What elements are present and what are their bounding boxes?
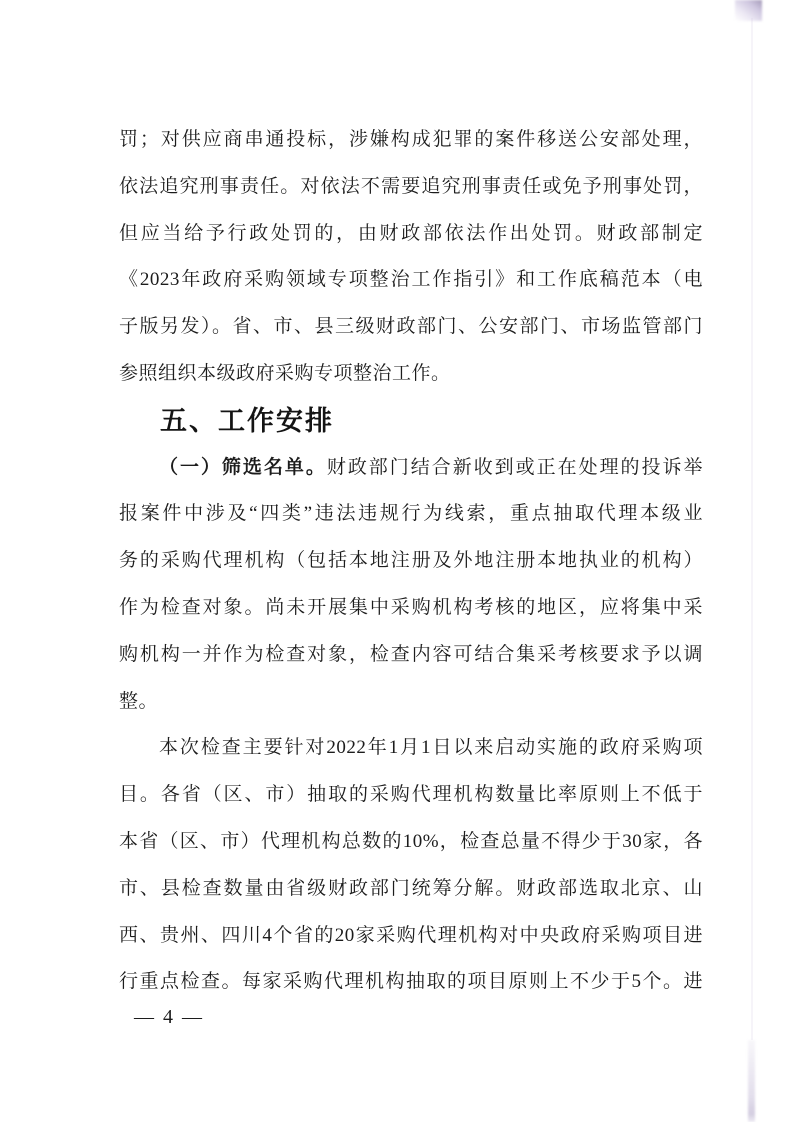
- text-line: 务的采购代理机构（包括本地注册及外地注册本地执业的机构）: [119, 538, 703, 585]
- document-text-block: 罚；对供应商串通投标，涉嫌构成犯罪的案件移送公安部处理， 依法追究刑事责任。对依…: [119, 117, 703, 1006]
- text-line: 目。各省（区、市）抽取的采购代理机构数量比率原则上不低于: [119, 772, 703, 819]
- text-line: 《2023年政府采购领域专项整治工作指引》和工作底稿范本（电: [119, 257, 703, 304]
- text-line: 但应当给予行政处罚的，由财政部依法作出处罚。财政部制定: [119, 211, 703, 258]
- text-line-rest: 财政部门结合新收到或正在处理的投诉举: [327, 457, 703, 478]
- scan-fold-line: [751, 18, 753, 1040]
- text-line: 西、贵州、四川4个省的20家采购代理机构对中央政府采购项目进: [119, 913, 703, 960]
- paragraph-inspection-scope: 本次检查主要针对2022年1月1日以来启动实施的政府采购项 目。各省（区、市）抽…: [119, 725, 703, 1006]
- scan-smudge-top-right: [735, 0, 762, 21]
- paragraph-continuation: 罚；对供应商串通投标，涉嫌构成犯罪的案件移送公安部处理， 依法追究刑事责任。对依…: [119, 117, 703, 398]
- text-line: 市、县检查数量由省级财政部门统筹分解。财政部选取北京、山: [119, 866, 703, 913]
- text-line: 本次检查主要针对2022年1月1日以来启动实施的政府采购项: [119, 725, 703, 772]
- text-line: 整。: [119, 679, 703, 726]
- scanned-document-page: 罚；对供应商串通投标，涉嫌构成犯罪的案件移送公安部处理， 依法追究刑事责任。对依…: [0, 0, 793, 1122]
- text-line: 报案件中涉及“四类”违法违规行为线索，重点抽取代理本级业: [119, 491, 703, 538]
- text-line: 依法追究刑事责任。对依法不需要追究刑事责任或免予刑事处罚，: [119, 164, 703, 211]
- text-line: （一）筛选名单。财政部门结合新收到或正在处理的投诉举: [119, 445, 703, 492]
- page-number: — 4 —: [134, 1002, 204, 1032]
- text-line: 本省（区、市）代理机构总数的10%，检查总量不得少于30家，各: [119, 819, 703, 866]
- text-line: 行重点检查。每家采购代理机构抽取的项目原则上不少于5个。进: [119, 959, 703, 1006]
- text-line: 子版另发）。省、市、县三级财政部门、公安部门、市场监管部门: [119, 304, 703, 351]
- text-line: 购机构一并作为检查对象，检查内容可结合集采考核要求予以调: [119, 632, 703, 679]
- section-heading-work-arrangement: 五、工作安排: [119, 398, 703, 445]
- scan-smudge-bottom-right: [748, 1040, 755, 1122]
- paragraph-lead-label: （一）筛选名单。: [159, 457, 327, 478]
- text-line: 作为检查对象。尚未开展集中采购机构考核的地区，应将集中采: [119, 585, 703, 632]
- text-line: 罚；对供应商串通投标，涉嫌构成犯罪的案件移送公安部处理，: [119, 117, 703, 164]
- paragraph-screening-list: （一）筛选名单。财政部门结合新收到或正在处理的投诉举 报案件中涉及“四类”违法违…: [119, 445, 703, 726]
- text-line: 参照组织本级政府采购专项整治工作。: [119, 351, 703, 398]
